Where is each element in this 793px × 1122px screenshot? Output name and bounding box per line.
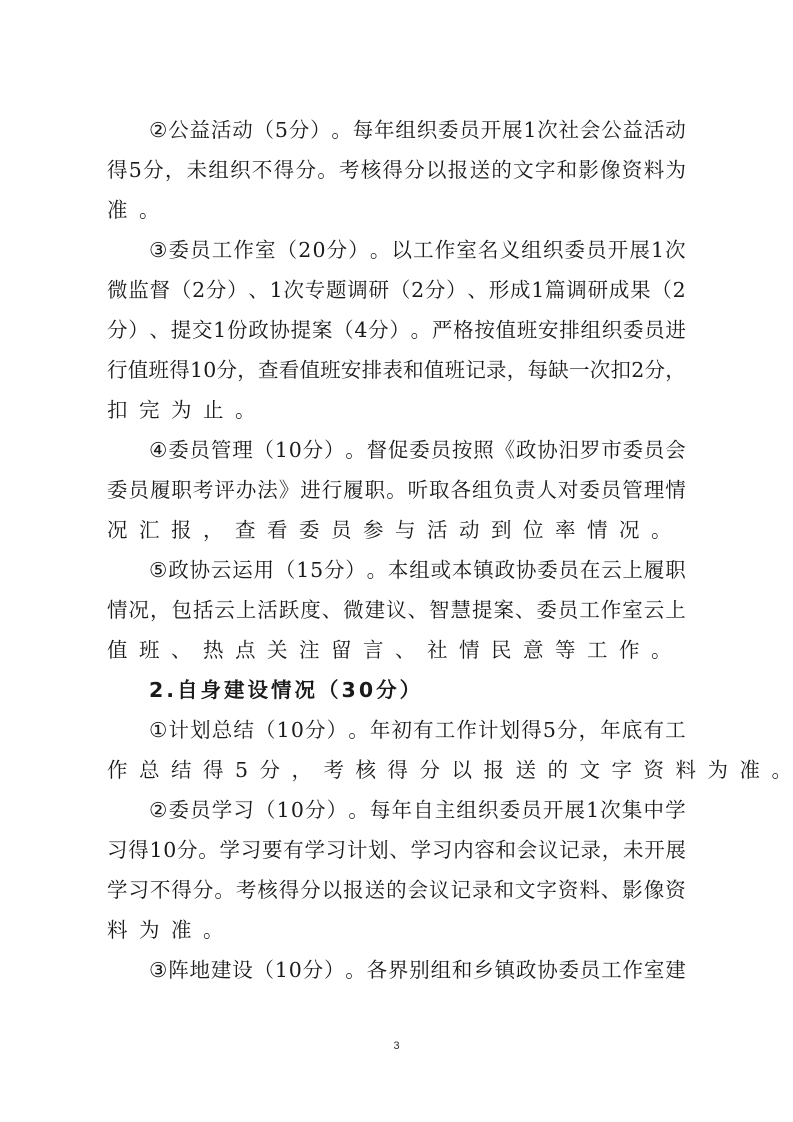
paragraph-member-management: ④委员管理（10分）。督促委员按照《政协汨罗市委员会 委员履职考评办法》进行履职… — [107, 430, 686, 550]
text-line: ⑤政协云运用（15分）。本组或本镇政协委员在云上履职 — [107, 550, 686, 590]
paragraph-public-welfare: ②公益活动（5分）。每年组织委员开展1次社会公益活动 得5分，未组织不得分。考核… — [107, 110, 686, 230]
paragraph-cppcc-cloud: ⑤政协云运用（15分）。本组或本镇政协委员在云上履职 情况，包括云上活跃度、微建… — [107, 550, 686, 670]
text-line: 值班、热点关注留言、社情民意等工作。 — [107, 630, 686, 670]
text-line: 微监督（2分）、1次专题调研（2分）、形成1篇调研成果（2 — [107, 270, 686, 310]
text-line: 料为准。 — [107, 910, 686, 950]
section-heading-self-construction: 2.自身建设情况（30分） — [107, 670, 686, 710]
paragraph-plan-summary: ①计划总结（10分）。年初有工作计划得5分，年底有工 作总结得5分，考核得分以报… — [107, 710, 686, 790]
text-line: ③阵地建设（10分）。各界别组和乡镇政协委员工作室建 — [107, 950, 686, 990]
document-page: ②公益活动（5分）。每年组织委员开展1次社会公益活动 得5分，未组织不得分。考核… — [107, 110, 686, 990]
text-line: 情况，包括云上活跃度、微建议、智慧提案、委员工作室云上 — [107, 590, 686, 630]
text-line: ②委员学习（10分）。每年自主组织委员开展1次集中学 — [107, 790, 686, 830]
text-line: 得5分，未组织不得分。考核得分以报送的文字和影像资料为 — [107, 150, 686, 190]
text-line: ③委员工作室（20分）。以工作室名义组织委员开展1次 — [107, 230, 686, 270]
text-line: ②公益活动（5分）。每年组织委员开展1次社会公益活动 — [107, 110, 686, 150]
page-number: 3 — [0, 1040, 793, 1052]
text-line: ④委员管理（10分）。督促委员按照《政协汨罗市委员会 — [107, 430, 686, 470]
text-line: 习得10分。学习要有学习计划、学习内容和会议记录，未开展 — [107, 830, 686, 870]
text-line: 况汇报，查看委员参与活动到位率情况。 — [107, 510, 686, 550]
text-line: 扣完为止。 — [107, 390, 686, 430]
text-line: 作总结得5分，考核得分以报送的文字资料为准。 — [107, 750, 686, 790]
text-line: ①计划总结（10分）。年初有工作计划得5分，年底有工 — [107, 710, 686, 750]
section-heading: 2.自身建设情况（30分） — [107, 670, 686, 710]
text-line: 行值班得10分，查看值班安排表和值班记录，每缺一次扣2分， — [107, 350, 686, 390]
paragraph-member-studio: ③委员工作室（20分）。以工作室名义组织委员开展1次 微监督（2分）、1次专题调… — [107, 230, 686, 430]
text-line: 准。 — [107, 190, 686, 230]
text-line: 委员履职考评办法》进行履职。听取各组负责人对委员管理情 — [107, 470, 686, 510]
paragraph-member-study: ②委员学习（10分）。每年自主组织委员开展1次集中学 习得10分。学习要有学习计… — [107, 790, 686, 950]
paragraph-position-construction: ③阵地建设（10分）。各界别组和乡镇政协委员工作室建 — [107, 950, 686, 990]
text-line: 学习不得分。考核得分以报送的会议记录和文字资料、影像资 — [107, 870, 686, 910]
text-line: 分）、提交1份政协提案（4分）。严格按值班安排组织委员进 — [107, 310, 686, 350]
